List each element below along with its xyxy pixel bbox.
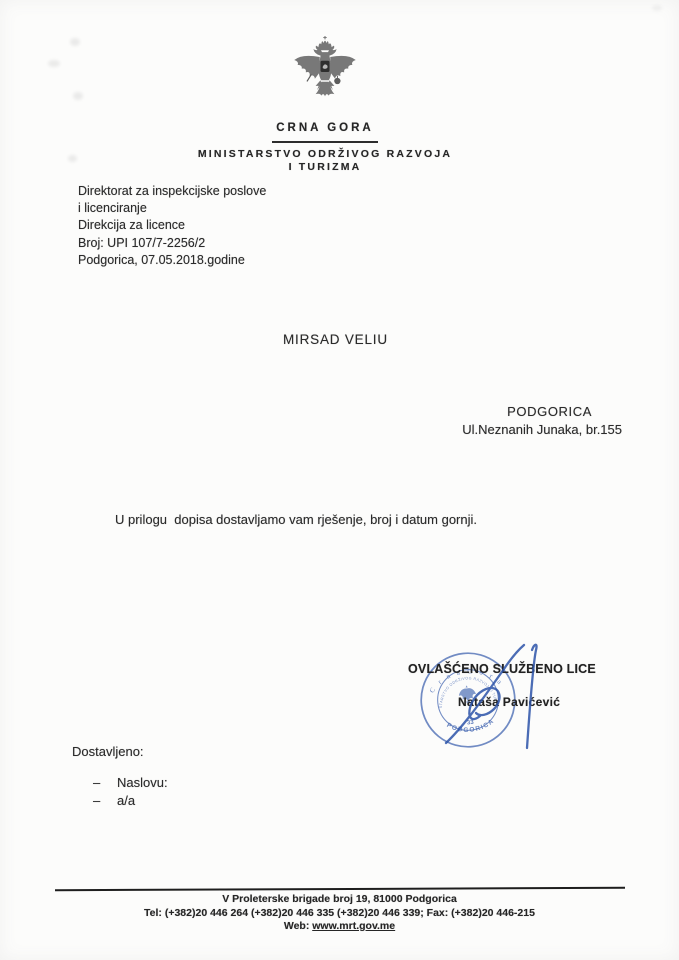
footer-block: V Proleterske brigade broj 19, 81000 Pod…	[0, 893, 679, 934]
recipient-street: Ul.Neznanih Junaka, br.155	[462, 422, 622, 437]
sender-directorate: Direktorat za inspekcijske poslove	[78, 183, 266, 200]
recipient-address-block: PODGORICA Ul.Neznanih Junaka, br.155	[462, 403, 622, 439]
handwritten-signature	[428, 636, 568, 761]
delivery-item-label: a/a	[117, 792, 135, 810]
letter-body: U prilogu dopisa dostavljamo vam rješenj…	[115, 512, 545, 527]
sender-block: Direktorat za inspekcijske poslove i lic…	[78, 183, 266, 269]
delivery-label: Dostavljeno:	[72, 744, 144, 759]
sender-directorate-cont: i licenciranje	[78, 200, 266, 217]
footer-phones: Tel: (+382)20 446 264 (+382)20 446 335 (…	[0, 907, 679, 921]
delivery-list: – Naslovu: – a/a	[93, 774, 168, 810]
delivery-item: – Naslovu:	[93, 774, 168, 792]
recipient-city: PODGORICA	[462, 403, 622, 421]
document-number: Broj: UPI 107/7-2256/2	[78, 235, 266, 252]
delivery-item: – a/a	[93, 792, 168, 810]
list-dash: –	[93, 774, 117, 792]
delivery-item-label: Naslovu:	[117, 774, 168, 792]
scan-smudge	[652, 5, 662, 11]
scan-smudge	[73, 92, 83, 100]
footer-address: V Proleterske brigade broj 19, 81000 Pod…	[0, 893, 679, 907]
scan-smudge	[48, 60, 60, 67]
ministry-name-line2: I TURIZMA	[0, 161, 650, 173]
montenegro-coat-of-arms-icon	[287, 36, 363, 114]
sender-direction: Direkcija za licence	[78, 217, 266, 234]
country-name: CRNA GORA	[0, 122, 650, 134]
footer-divider	[55, 887, 625, 891]
recipient-name: MIRSAD VELIU	[283, 332, 388, 347]
scan-smudge	[70, 38, 80, 46]
list-dash: –	[93, 792, 117, 810]
footer-web-url: www.mrt.gov.me	[312, 920, 395, 932]
scanned-letter-page: CRNA GORA MINISTARSTVO ODRŽIVOG RAZVOJA …	[0, 0, 679, 960]
ministry-name-line1: MINISTARSTVO ODRŽIVOG RAZVOJA	[0, 148, 650, 160]
footer-web-line: Web: www.mrt.gov.me	[0, 920, 679, 934]
header-divider	[272, 141, 378, 143]
footer-web-label: Web:	[284, 920, 309, 932]
place-and-date: Podgorica, 07.05.2018.godine	[78, 252, 266, 269]
